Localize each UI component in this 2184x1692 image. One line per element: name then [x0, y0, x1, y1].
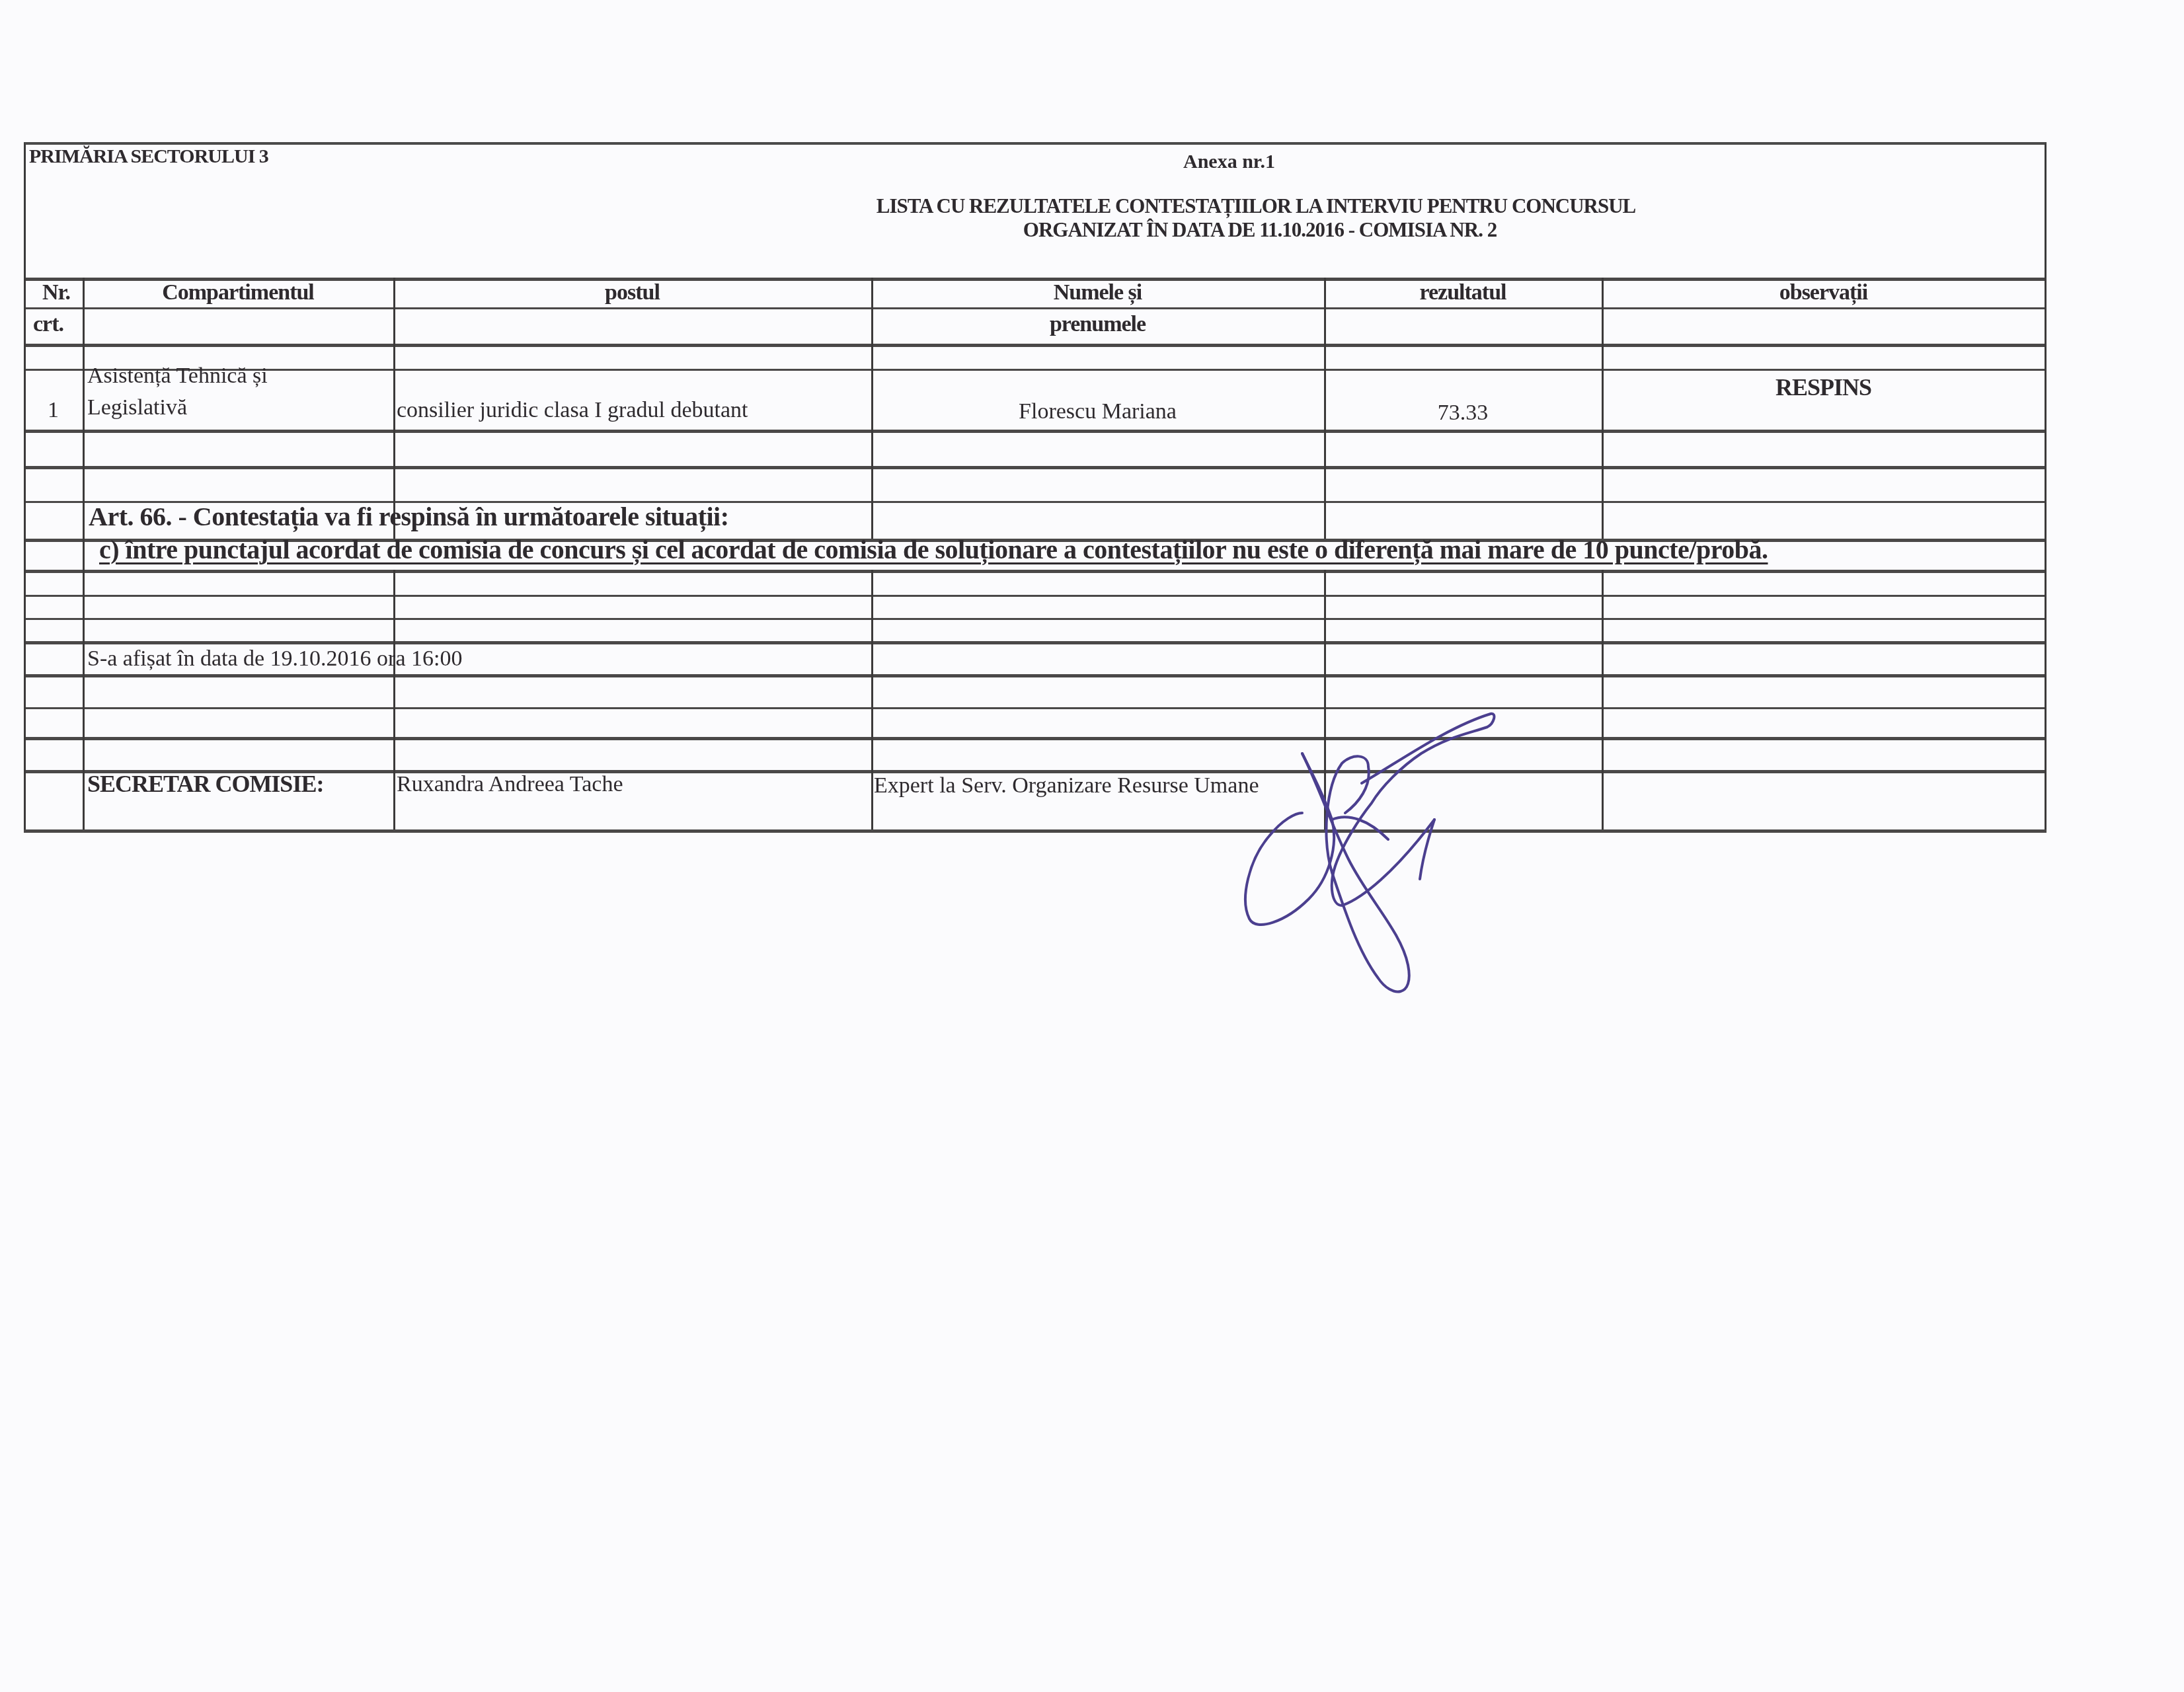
- column-header-crt: crt.: [26, 313, 93, 336]
- organization-name: PRIMĂRIA SECTORULUI 3: [29, 147, 268, 167]
- secretary-label: SECRETAR COMISIE:: [87, 772, 323, 796]
- table-row-divider: [24, 369, 2047, 371]
- column-header-observatii: observații: [1602, 282, 2045, 304]
- table-column-divider: [83, 278, 85, 829]
- table-row-divider: [24, 707, 2047, 709]
- clause-c-note: c) între punctajul acordat de comisia de…: [99, 537, 1768, 563]
- table-row-divider: [24, 466, 2047, 469]
- row-observatii-status: RESPINS: [1602, 375, 2045, 399]
- table-row-divider: [24, 641, 2047, 644]
- annex-label: Anexa nr.1: [1183, 152, 1275, 172]
- row-compartiment-line1: Asistență Tehnică și: [87, 365, 268, 387]
- row-rezultat: 73.33: [1324, 402, 1602, 424]
- table-column-divider: [393, 278, 395, 501]
- table-row-divider: [24, 674, 2047, 677]
- table-column-divider: [1602, 278, 1604, 539]
- table-border: [24, 278, 26, 829]
- column-header-nr: Nr.: [26, 282, 86, 304]
- column-header-compartimentul: Compartimentul: [83, 282, 393, 304]
- document-title-line1: LISTA CU REZULTATELE CONTESTAȚIILOR LA I…: [727, 196, 1785, 216]
- table-row-divider: [24, 829, 2047, 833]
- table-column-divider: [871, 570, 873, 829]
- article-66-note: Art. 66. - Contestația va fi respinsă în…: [89, 504, 729, 530]
- table-row-divider: [24, 570, 2047, 573]
- column-header-rezultatul: rezultatul: [1324, 282, 1602, 304]
- row-nr: 1: [48, 399, 59, 422]
- document-title-line2: ORGANIZAT ÎN DATA DE 11.10.2016 - COMISI…: [731, 219, 1789, 240]
- table-row-divider: [24, 618, 2047, 620]
- row-compartiment-line2: Legislativă: [87, 397, 187, 419]
- row-postul: consilier juridic clasa I gradul debutan…: [397, 399, 748, 422]
- table-row-divider: [24, 737, 2047, 740]
- column-header-numele: Numele și: [871, 282, 1324, 304]
- column-header-prenumele: prenumele: [871, 313, 1324, 336]
- row-nume: Florescu Mariana: [871, 401, 1324, 423]
- table-row-divider: [24, 430, 2047, 433]
- table-row-divider: [24, 278, 2047, 281]
- table-column-divider: [393, 570, 395, 829]
- posted-date: S-a afișat în data de 19.10.2016 ora 16:…: [87, 648, 462, 670]
- secretary-name: Ruxandra Andreea Tache: [397, 773, 623, 796]
- table-border: [2045, 278, 2047, 829]
- column-header-postul: postul: [393, 282, 871, 304]
- table-column-divider: [1602, 570, 1604, 829]
- table-row-divider: [24, 307, 2047, 309]
- table-column-divider: [1324, 570, 1326, 829]
- table-row-divider: [24, 344, 2047, 347]
- table-row-divider: [24, 595, 2047, 597]
- secretary-position: Expert la Serv. Organizare Resurse Umane: [874, 775, 1259, 797]
- document-frame: [24, 142, 2047, 833]
